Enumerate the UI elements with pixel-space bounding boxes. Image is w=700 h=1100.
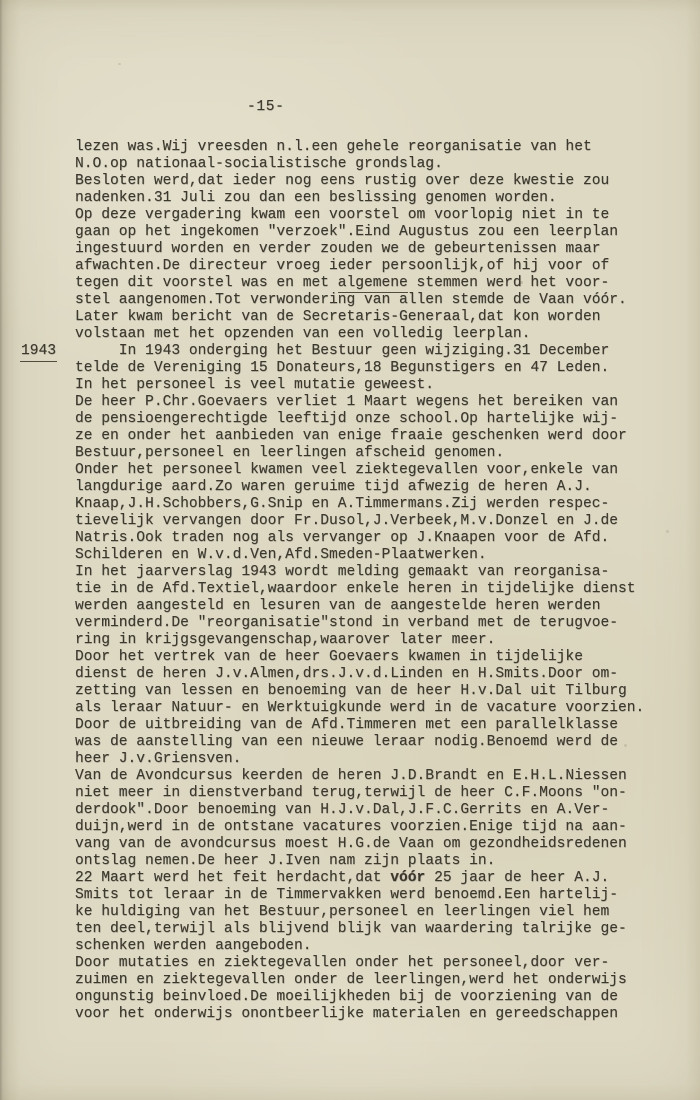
text-line: Besloten werd,dat ieder nog eens rustig … bbox=[75, 173, 644, 190]
text-line: telde de Vereniging 15 Donateurs,18 Begu… bbox=[75, 360, 644, 377]
text-line: Smits tot leraar in de Timmervakken werd… bbox=[75, 887, 644, 904]
text-line: voor het onderwijs onontbeerlijke materi… bbox=[75, 1006, 644, 1023]
text-line: Knaap,J.H.Schobbers,G.Snip en A.Timmerma… bbox=[75, 496, 644, 513]
text-line: afwachten.De directeur vroeg ieder perso… bbox=[75, 258, 644, 275]
paper-speck bbox=[118, 63, 121, 65]
text-line: Bestuur,personeel en leerlingen afscheid… bbox=[75, 445, 644, 462]
text-line: de pensioengerechtigde leeftijd onze sch… bbox=[75, 411, 644, 428]
text-line: ontslag nemen.De heer J.Iven nam zijn pl… bbox=[75, 853, 644, 870]
text-line: duijn,werd in de ontstane vacatures voor… bbox=[75, 819, 644, 836]
text-line: dienst de heren J.v.Almen,drs.J.v.d.Lind… bbox=[75, 666, 644, 683]
text-line: gaan op het ingekomen "verzoek".Eind Aug… bbox=[75, 224, 644, 241]
text-line: derdook".Door benoeming van H.J.v.Dal,J.… bbox=[75, 802, 644, 819]
text-line: als leraar Natuur- en Werktuigkunde werd… bbox=[75, 700, 644, 717]
text-line: niet meer in dienstverband terug,terwijl… bbox=[75, 785, 644, 802]
text-line: tie in de Afd.Textiel,waardoor enkele he… bbox=[75, 581, 644, 598]
text-line: Door mutaties en ziektegevallen onder he… bbox=[75, 955, 644, 972]
text-line: volstaan met het opzenden van een volled… bbox=[75, 326, 644, 343]
text-line: Schilderen en W.v.d.Ven,Afd.Smeden-Plaat… bbox=[75, 547, 644, 564]
text-line: zuimen en ziektegevallen onder de leerli… bbox=[75, 972, 644, 989]
text-line: 1943 In 1943 onderging het Bestuur geen … bbox=[75, 343, 644, 360]
text-line: was de aanstelling van een nieuwe leraar… bbox=[75, 734, 644, 751]
text-line: tegen dit voorstel was en met algemene s… bbox=[75, 275, 644, 292]
text-line: nadenken.31 Juli zou dan een beslissing … bbox=[75, 190, 644, 207]
margin-year-note: 1943 bbox=[20, 343, 57, 362]
text-line: De heer P.Chr.Goevaers verliet 1 Maart w… bbox=[75, 394, 644, 411]
text-line: Later kwam bericht van de Secretaris-Gen… bbox=[75, 309, 644, 326]
text-line: In het personeel is veel mutatie geweest… bbox=[75, 377, 644, 394]
text-line: zetting van lessen en benoeming van de h… bbox=[75, 683, 644, 700]
text-line: langdurige aard.Zo waren geruime tijd af… bbox=[75, 479, 644, 496]
scanned-page: -15- lezen was.Wij vreesden n.l.een gehe… bbox=[0, 0, 700, 1100]
text-line: Natris.Ook traden nog als vervanger op J… bbox=[75, 530, 644, 547]
text-line: vang van de avondcursus moest H.G.de Vaa… bbox=[75, 836, 644, 853]
text-line: ke huldiging van het Bestuur,personeel e… bbox=[75, 904, 644, 921]
text-line: ingestuurd worden en verder zouden we de… bbox=[75, 241, 644, 258]
text-line: N.O.op nationaal-socialistische grondsla… bbox=[75, 156, 644, 173]
text-line: stel aangenomen.Tot verwondering van all… bbox=[75, 292, 644, 309]
text-line: In het jaarverslag 1943 wordt melding ge… bbox=[75, 564, 644, 581]
text-line: werden aangesteld en lesuren van de aang… bbox=[75, 598, 644, 615]
text-line: Onder het personeel kwamen veel ziektege… bbox=[75, 462, 644, 479]
underlined-word: algemene bbox=[338, 275, 408, 293]
text-line: Op deze vergadering kwam een voorstel om… bbox=[75, 207, 644, 224]
text-body: lezen was.Wij vreesden n.l.een gehele re… bbox=[75, 139, 644, 1023]
text-line: ongunstig beinvloed.De moeilijkheden bij… bbox=[75, 989, 644, 1006]
text-line: Door het vertrek van de heer Goevaers kw… bbox=[75, 649, 644, 666]
text-line: schenken werden aangeboden. bbox=[75, 938, 644, 955]
page-number: -15- bbox=[247, 99, 284, 115]
text-line: Van de Avondcursus keerden de heren J.D.… bbox=[75, 768, 644, 785]
text-line: ten deel,terwijl als blijvend blijk van … bbox=[75, 921, 644, 938]
text-line: Door de uitbreiding van de Afd.Timmeren … bbox=[75, 717, 644, 734]
bold-word: vóór bbox=[390, 870, 425, 886]
text-line: tievelijk vervangen door Fr.Dusol,J.Verb… bbox=[75, 513, 644, 530]
text-line: heer J.v.Griensven. bbox=[75, 751, 644, 768]
text-line: ze en onder het aanbieden van enige fraa… bbox=[75, 428, 644, 445]
text-line: lezen was.Wij vreesden n.l.een gehele re… bbox=[75, 139, 644, 156]
paper-speck bbox=[666, 530, 669, 533]
text-line: 22 Maart werd het feit herdacht,dat vóór… bbox=[75, 870, 644, 887]
text-line: verminderd.De "reorganisatie"stond in ve… bbox=[75, 615, 644, 632]
text-line: ring in krijgsgevangenschap,waarover lat… bbox=[75, 632, 644, 649]
